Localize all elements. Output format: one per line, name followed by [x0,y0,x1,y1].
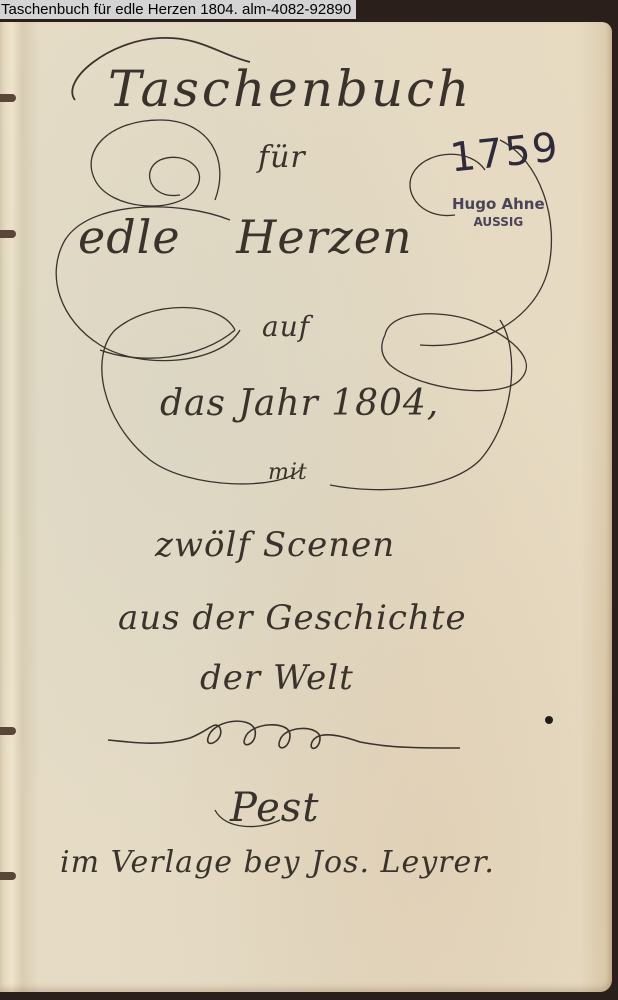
stamp-name: Hugo Ahne [452,195,545,213]
title-line-mit: mit [268,460,308,485]
stamp-city: AUSSIG [452,213,545,231]
book-title: Taschenbuch [108,60,472,118]
title-line-auf: auf [262,310,310,343]
title-line-year: das Jahr 1804, [160,383,439,424]
title-line-fuer: für [258,140,306,175]
title-line-scenen: zwölf Scenen [155,525,395,565]
image-caption: Taschenbuch für edle Herzen 1804. alm-40… [0,0,356,19]
publication-place: Pest [230,785,319,831]
title-line-welt: der Welt [200,658,354,698]
title-line-geschichte: aus der Geschichte [118,598,467,638]
title-line-edle-herzen: edle Herzen [78,210,413,264]
ink-spot [545,716,553,724]
publisher-imprint: im Verlage bey Jos. Leyrer. [60,845,495,880]
ownership-stamp: Hugo Ahne AUSSIG [452,195,545,231]
